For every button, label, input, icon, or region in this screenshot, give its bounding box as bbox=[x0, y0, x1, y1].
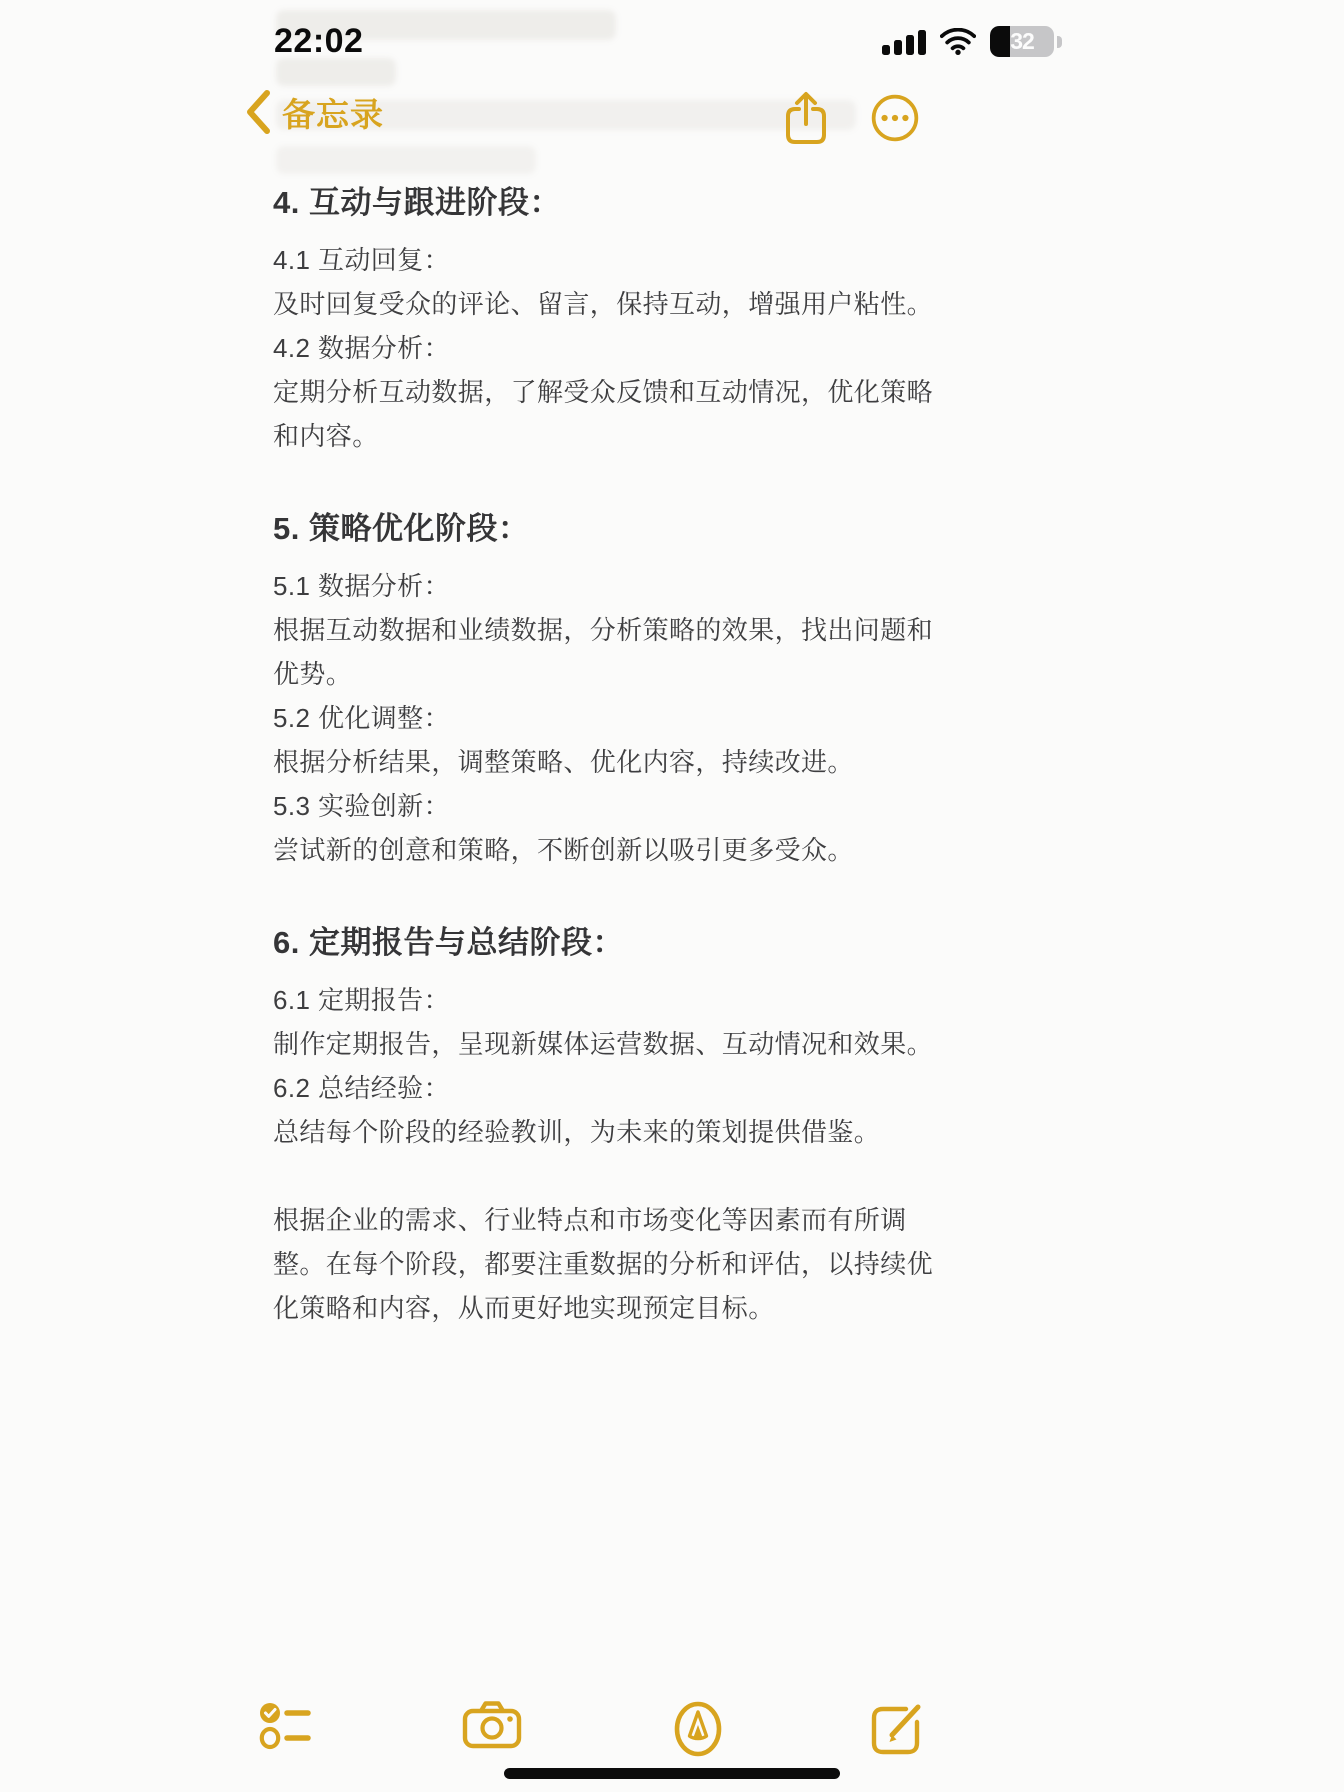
note-text-area[interactable]: 4. 互动与跟进阶段： 4.1 互动回复： 及时回复受众的评论、留言，保持互动，… bbox=[273, 178, 953, 1330]
chevron-left-icon bbox=[244, 88, 272, 136]
note-line: 5.2 优化调整： bbox=[273, 696, 953, 740]
note-section-6: 6. 定期报告与总结阶段： 6.1 定期报告： 制作定期报告，呈现新媒体运营数据… bbox=[273, 918, 953, 1154]
clock-time: 22:02 bbox=[274, 22, 363, 61]
note-line: 根据企业的需求、行业特点和市场变化等因素而有所调 bbox=[273, 1198, 953, 1242]
note-line: 尝试新的创意和策略，不断创新以吸引更多受众。 bbox=[273, 828, 953, 872]
note-line: 优势。 bbox=[273, 652, 953, 696]
note-line: 6.2 总结经验： bbox=[273, 1066, 953, 1110]
back-button[interactable]: 备忘录 bbox=[244, 88, 384, 136]
camera-button[interactable] bbox=[462, 1700, 522, 1750]
note-line: 根据互动数据和业绩数据，分析策略的效果，找出问题和 bbox=[273, 608, 953, 652]
note-line: 及时回复受众的评论、留言，保持互动，增强用户粘性。 bbox=[273, 282, 953, 326]
ellipsis-circle-icon bbox=[870, 93, 920, 143]
note-line: 根据分析结果，调整策略、优化内容，持续改进。 bbox=[273, 740, 953, 784]
notes-app-screen: 22:02 32 bbox=[0, 0, 1344, 1792]
back-button-label: 备忘录 bbox=[282, 89, 384, 136]
home-indicator[interactable] bbox=[504, 1768, 840, 1779]
note-line: 4.1 互动回复： bbox=[273, 238, 953, 282]
note-line: 4.2 数据分析： bbox=[273, 326, 953, 370]
share-icon bbox=[784, 90, 828, 146]
note-line: 和内容。 bbox=[273, 414, 953, 458]
cellular-signal-icon bbox=[882, 29, 926, 55]
section-heading: 6. 定期报告与总结阶段： bbox=[273, 918, 953, 968]
note-line: 整。在每个阶段，都要注重数据的分析和评估，以持续优 bbox=[273, 1242, 953, 1286]
note-line: 5.1 数据分析： bbox=[273, 564, 953, 608]
battery-nub bbox=[1057, 36, 1062, 48]
note-line: 总结每个阶段的经验教训，为未来的策划提供借鉴。 bbox=[273, 1110, 953, 1154]
battery-icon: 32 bbox=[990, 26, 1054, 57]
note-section-4: 4. 互动与跟进阶段： 4.1 互动回复： 及时回复受众的评论、留言，保持互动，… bbox=[273, 178, 953, 458]
compose-button[interactable] bbox=[868, 1700, 926, 1758]
section-heading: 5. 策略优化阶段： bbox=[273, 504, 953, 554]
note-line: 制作定期报告，呈现新媒体运营数据、互动情况和效果。 bbox=[273, 1022, 953, 1066]
closing-paragraph: 根据企业的需求、行业特点和市场变化等因素而有所调 整。在每个阶段，都要注重数据的… bbox=[273, 1198, 953, 1330]
note-line: 定期分析互动数据，了解受众反馈和互动情况，优化策略 bbox=[273, 370, 953, 414]
status-bar: 22:02 32 bbox=[0, 0, 1344, 80]
note-line: 5.3 实验创新： bbox=[273, 784, 953, 828]
note-line: 6.1 定期报告： bbox=[273, 978, 953, 1022]
note-section-5: 5. 策略优化阶段： 5.1 数据分析： 根据互动数据和业绩数据，分析策略的效果… bbox=[273, 504, 953, 872]
checklist-button[interactable] bbox=[258, 1700, 314, 1752]
camera-icon bbox=[462, 1700, 522, 1750]
share-button[interactable] bbox=[784, 90, 828, 151]
more-options-button[interactable] bbox=[870, 93, 920, 148]
note-line: 化策略和内容，从而更好地实现预定目标。 bbox=[273, 1286, 953, 1330]
battery-percent: 32 bbox=[990, 26, 1054, 57]
checklist-icon bbox=[258, 1700, 314, 1752]
wifi-icon bbox=[940, 28, 976, 56]
section-heading: 4. 互动与跟进阶段： bbox=[273, 178, 953, 228]
pen-in-circle-icon bbox=[672, 1700, 724, 1758]
nav-bar: 备忘录 bbox=[0, 88, 1344, 152]
markup-button[interactable] bbox=[672, 1700, 724, 1758]
compose-icon bbox=[868, 1700, 926, 1758]
